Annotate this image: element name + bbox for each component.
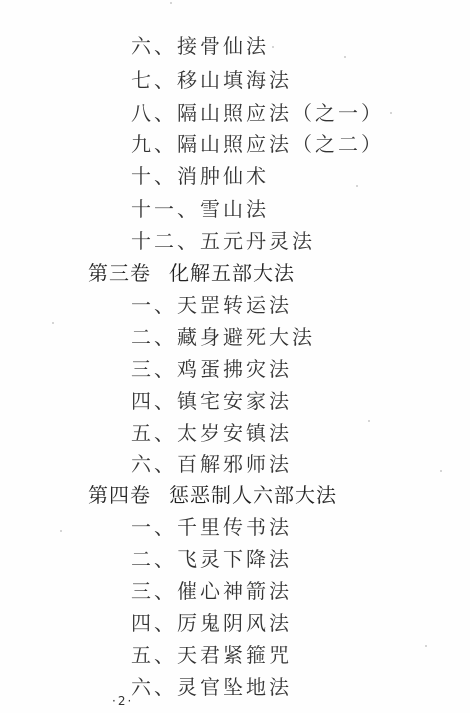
toc-item-title: 隔山照应法（之二） (177, 132, 384, 156)
toc-item-number: 六、 (131, 34, 177, 58)
toc-item-number: 四、 (131, 611, 177, 635)
toc-item-title: 五元丹灵法 (200, 229, 315, 253)
toc-item-number: 三、 (131, 579, 177, 603)
toc-item-number: 四、 (131, 389, 177, 413)
chapter-number: 第四卷 (88, 483, 151, 507)
toc-item-number: 二、 (131, 325, 177, 349)
toc-item-title: 移山填海法 (177, 68, 292, 92)
toc-item: 三、鸡蛋拂灾法 (131, 357, 292, 381)
scan-speck (390, 112, 392, 114)
toc-item-number: 二、 (131, 547, 177, 571)
document-page: 六、接骨仙法 七、移山填海法 八、隔山照应法（之一） 九、隔山照应法（之二） 十… (0, 0, 470, 713)
scan-speck (52, 322, 54, 324)
toc-item: 六、百解邪师法 (131, 452, 292, 476)
toc-item-title: 天罡转运法 (177, 293, 292, 317)
toc-item-number: 五、 (131, 643, 177, 667)
toc-item-title: 隔山照应法（之一） (177, 101, 384, 125)
scan-speck (170, 2, 172, 4)
toc-item-number: 三、 (131, 357, 177, 381)
toc-item-number: 五、 (131, 421, 177, 445)
toc-item-title: 千里传书法 (177, 515, 292, 539)
toc-item-title: 接骨仙法 (177, 34, 269, 58)
toc-item-title: 镇宅安家法 (177, 389, 292, 413)
toc-item-number: 七、 (131, 68, 177, 92)
toc-item-title: 鸡蛋拂灾法 (177, 357, 292, 381)
toc-item: 七、移山填海法 (131, 68, 292, 92)
chapter-title: 化解五部大法 (169, 261, 295, 285)
toc-item: 十一、雪山法 (131, 197, 269, 221)
toc-item-title: 飞灵下降法 (177, 547, 292, 571)
page-number: ·2· (112, 694, 133, 708)
toc-item-number: 六、 (131, 675, 177, 699)
toc-item-number: 十、 (131, 164, 177, 188)
toc-item-number: 十一、 (131, 197, 200, 221)
toc-item: 八、隔山照应法（之一） (131, 101, 384, 125)
toc-item: 六、灵官坠地法 (131, 675, 292, 699)
toc-item: 四、镇宅安家法 (131, 389, 292, 413)
toc-item-title: 催心神箭法 (177, 579, 292, 603)
toc-item: 二、藏身避死大法 (131, 325, 315, 349)
chapter-title: 惩恶制人六部大法 (169, 483, 337, 507)
scan-speck (440, 470, 442, 472)
toc-item: 四、厉鬼阴风法 (131, 611, 292, 635)
toc-item-title: 消肿仙术 (177, 164, 269, 188)
toc-item-title: 厉鬼阴风法 (177, 611, 292, 635)
toc-item: 一、天罡转运法 (131, 293, 292, 317)
toc-item: 五、太岁安镇法 (131, 421, 292, 445)
toc-chapter-heading: 第三卷化解五部大法 (88, 261, 295, 285)
scan-speck (272, 46, 274, 48)
scan-speck (60, 530, 62, 532)
toc-item-title: 太岁安镇法 (177, 421, 292, 445)
toc-item-number: 九、 (131, 132, 177, 156)
scan-speck (368, 420, 370, 422)
toc-item: 六、接骨仙法 (131, 34, 269, 58)
toc-item-number: 八、 (131, 101, 177, 125)
toc-item-title: 灵官坠地法 (177, 675, 292, 699)
scan-speck (344, 56, 346, 58)
toc-item-title: 百解邪师法 (177, 452, 292, 476)
scan-speck (356, 185, 358, 187)
toc-item: 十、消肿仙术 (131, 164, 269, 188)
toc-item: 二、飞灵下降法 (131, 547, 292, 571)
toc-item-number: 一、 (131, 293, 177, 317)
toc-item: 三、催心神箭法 (131, 579, 292, 603)
scan-speck (425, 645, 427, 647)
toc-item: 九、隔山照应法（之二） (131, 132, 384, 156)
toc-item-title: 天君紧箍咒 (177, 643, 292, 667)
toc-item: 十二、五元丹灵法 (131, 229, 315, 253)
toc-item-title: 雪山法 (200, 197, 269, 221)
chapter-number: 第三卷 (88, 261, 151, 285)
toc-item-number: 十二、 (131, 229, 200, 253)
toc-item-title: 藏身避死大法 (177, 325, 315, 349)
toc-item: 一、千里传书法 (131, 515, 292, 539)
toc-chapter-heading: 第四卷惩恶制人六部大法 (88, 483, 337, 507)
toc-item: 五、天君紧箍咒 (131, 643, 292, 667)
toc-item-number: 一、 (131, 515, 177, 539)
toc-item-number: 六、 (131, 452, 177, 476)
